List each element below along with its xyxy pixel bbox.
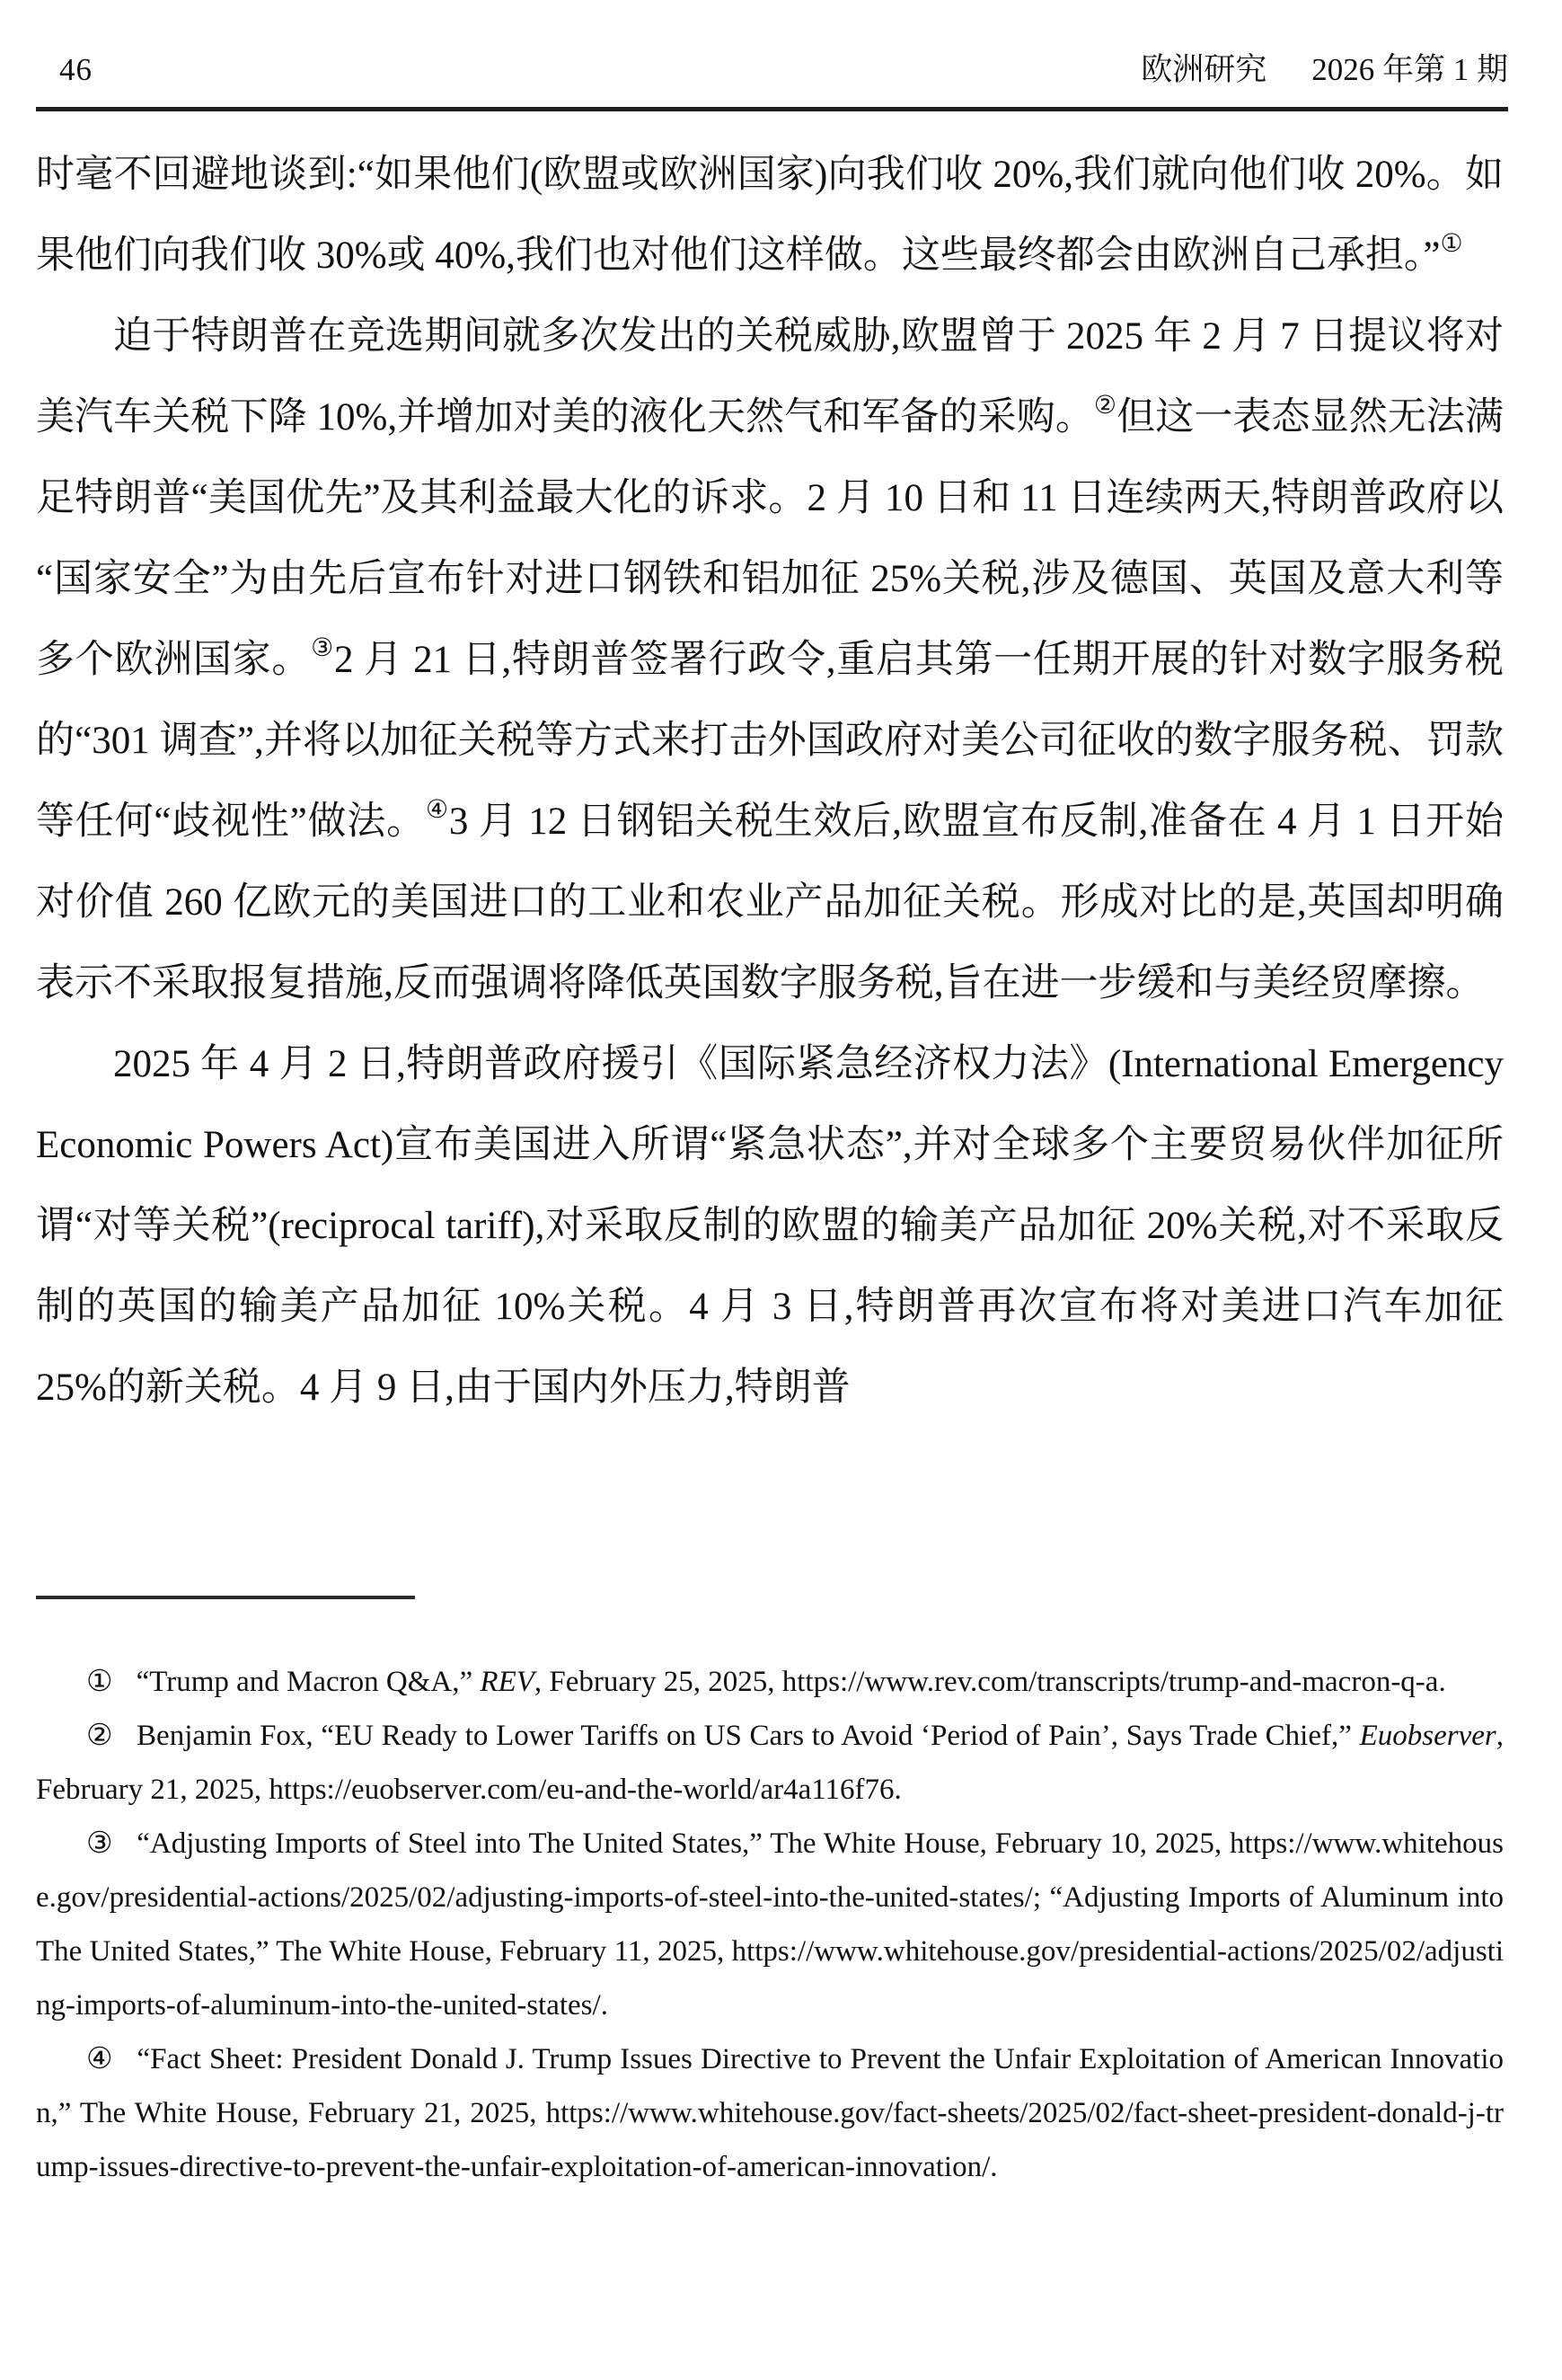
journal-issue: 2026 年第 1 期: [1311, 45, 1508, 90]
journal-header: 欧洲研究 2026 年第 1 期: [1141, 45, 1508, 90]
footnote-1: ①“Trump and Macron Q&A,” REV, February 2…: [36, 1655, 1504, 1709]
paragraph-1: 时毫不回避地谈到:“如果他们(欧盟或欧洲国家)向我们收 20%,我们就向他们收 …: [36, 135, 1504, 296]
footnote-ref: ①: [1440, 230, 1462, 258]
running-head: 46 欧洲研究 2026 年第 1 期: [36, 45, 1508, 90]
footnote-ref: ②: [1094, 392, 1116, 420]
article-body: 时毫不回避地谈到:“如果他们(欧盟或欧洲国家)向我们收 20%,我们就向他们收 …: [36, 135, 1504, 1429]
footnotes: ①“Trump and Macron Q&A,” REV, February 2…: [36, 1655, 1504, 2194]
journal-name: 欧洲研究: [1141, 45, 1266, 90]
footnote-text-1: “Trump and Macron Q&A,” REV, February 25…: [137, 1666, 1446, 1698]
footnote-marker-1: ①: [86, 1666, 113, 1698]
footnote-3: ③“Adjusting Imports of Steel into The Un…: [36, 1817, 1504, 2032]
page-number: 46: [36, 52, 93, 88]
footnote-text-3: “Adjusting Imports of Steel into The Uni…: [36, 1827, 1504, 2022]
paragraph-3: 2025 年 4 月 2 日,特朗普政府援引《国际紧急经济权力法》(Intern…: [36, 1024, 1504, 1429]
footnote-marker-4: ④: [86, 2043, 113, 2075]
footnote-marker-2: ②: [86, 1720, 113, 1752]
footnote-text-4: “Fact Sheet: President Donald J. Trump I…: [36, 2043, 1504, 2183]
header-rule: [36, 107, 1508, 111]
footnote-ref: ③: [311, 634, 334, 662]
footnote-text-2: Benjamin Fox, “EU Ready to Lower Tariffs…: [36, 1720, 1504, 1806]
footnote-separator: [36, 1596, 415, 1599]
paragraph-2: 迫于特朗普在竞选期间就多次发出的关税威胁,欧盟曾于 2025 年 2 月 7 日…: [36, 296, 1504, 1024]
footnote-marker-3: ③: [86, 1827, 113, 1860]
footnote-2: ②Benjamin Fox, “EU Ready to Lower Tariff…: [36, 1709, 1504, 1817]
footnote-4: ④“Fact Sheet: President Donald J. Trump …: [36, 2032, 1504, 2194]
journal-page: 46 欧洲研究 2026 年第 1 期 时毫不回避地谈到:“如果他们(欧盟或欧洲…: [0, 0, 1562, 2380]
footnote-ref: ④: [426, 796, 449, 824]
